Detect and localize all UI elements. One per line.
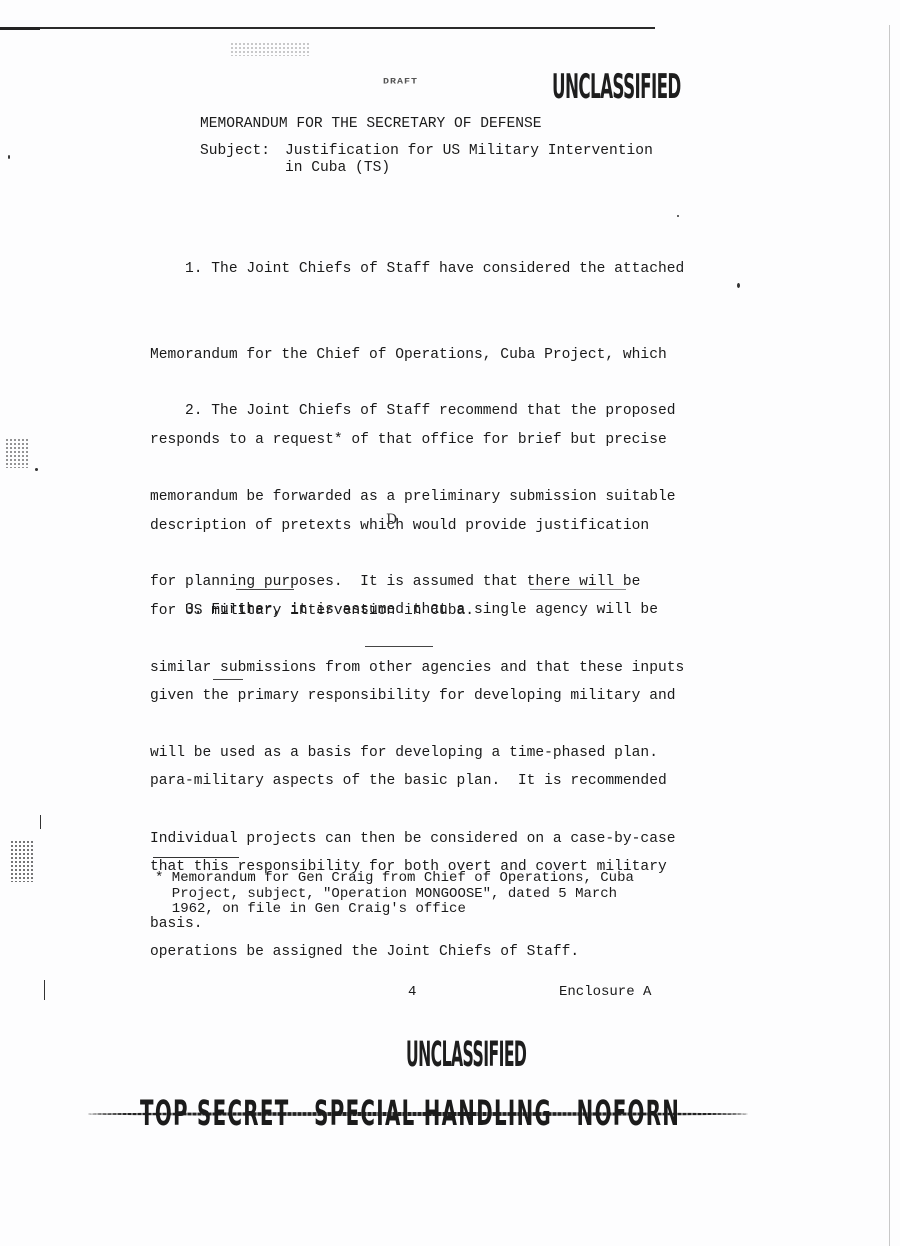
scan-noise [230,42,310,56]
enclosure-label: Enclosure A [559,984,651,1000]
underline-primary [236,589,294,590]
scan-top-rule [0,27,655,29]
scan-speck [44,980,45,1000]
memo-heading: MEMORANDUM FOR THE SECRETARY OF DEFENSE [200,114,542,134]
scan-right-edge [889,25,890,1246]
unclassified-stamp-bottom: UNCLASSIFIED [406,1035,526,1075]
paragraph-line: memorandum be forwarded as a preliminary… [150,483,684,512]
classification-bar: TOP SECRET SPECIAL HANDLING NOFORN [88,1092,748,1132]
scan-speck [737,283,740,288]
paragraph-line: para-military aspects of the basic plan.… [150,767,675,796]
paragraph-3: 3. Further, it is assumed that a single … [150,539,675,995]
subject-text: Justification for US Military Interventi… [285,143,653,177]
paragraph-line: 3. Further, it is assumed that a single … [150,596,675,625]
underline-operations [213,679,243,680]
paragraph-line: 2. The Joint Chiefs of Staff recommend t… [150,397,684,426]
scan-speck [8,155,10,159]
scan-noise [10,840,34,882]
subject-label: Subject: [200,143,270,160]
scan-noise [5,438,29,468]
scan-top-rule-edge [0,27,40,30]
footnote-rule [153,857,239,858]
handwritten-d-mark: D [386,512,397,528]
underline-military [530,589,626,590]
paragraph-line: 1. The Joint Chiefs of Staff have consid… [150,255,684,284]
paragraph-line: operations be assigned the Joint Chiefs … [150,938,675,967]
scan-speck [40,815,41,829]
classification-label: TOP SECRET SPECIAL HANDLING NOFORN [140,1094,680,1134]
scan-speck [35,468,38,471]
unclassified-stamp-top: UNCLASSIFIED [552,68,681,107]
underline-for-both [365,646,433,647]
paragraph-line: given the primary responsibility for dev… [150,682,675,711]
footnote: * Memorandum for Gen Craig from Chief of… [155,871,634,918]
page-number: 4 [408,984,416,1000]
draft-mark: DRAFT [383,78,418,87]
